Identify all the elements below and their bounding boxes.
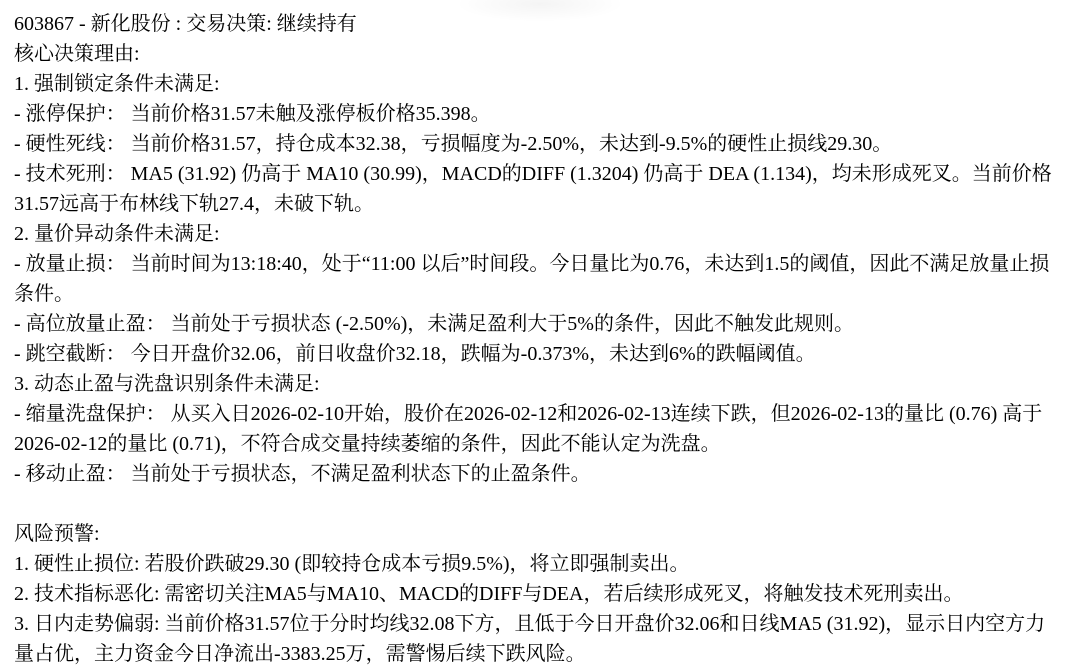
bullet-trailing-take-profit: - 移动止盈： 当前处于亏损状态，不满足盈利状态下的止盈条件。 <box>14 459 1064 489</box>
risk-item-intraday-weakness: 3. 日内走势偏弱: 当前价格31.57位于分时均线32.08下方，且低于今日开… <box>14 609 1064 669</box>
section-3-heading: 3. 动态止盈与洗盘识别条件未满足: <box>14 369 1064 399</box>
bullet-hard-deadline: - 硬性死线： 当前价格31.57，持仓成本32.38，亏损幅度为-2.50%，… <box>14 129 1064 159</box>
core-reasons-heading: 核心决策理由: <box>14 39 1064 69</box>
document-title: 603867 - 新化股份 : 交易决策: 继续持有 <box>14 9 1064 39</box>
risk-item-hard-stop-level: 1. 硬性止损位: 若股价跌破29.30 (即较持仓成本亏损9.5%)，将立即强… <box>14 549 1064 579</box>
risk-warning-heading: 风险预警: <box>14 519 1064 549</box>
section-2-heading: 2. 量价异动条件未满足: <box>14 219 1064 249</box>
risk-item-technical-deterioration: 2. 技术指标恶化: 需密切关注MA5与MA10、MACD的DIFF与DEA，若… <box>14 579 1064 609</box>
bullet-limit-up-protection: - 涨停保护： 当前价格31.57未触及涨停板价格35.398。 <box>14 99 1064 129</box>
bullet-shrink-volume-washout-protection: - 缩量洗盘保护： 从买入日2026-02-10开始，股价在2026-02-12… <box>14 399 1064 459</box>
bullet-technical-death-sentence: - 技术死刑： MA5 (31.92) 仍高于 MA10 (30.99)，MAC… <box>14 159 1064 219</box>
trade-decision-document: 603867 - 新化股份 : 交易决策: 继续持有 核心决策理由: 1. 强制… <box>0 0 1080 670</box>
bullet-gap-cutoff: - 跳空截断： 今日开盘价32.06，前日收盘价32.18，跌幅为-0.373%… <box>14 339 1064 369</box>
section-1-heading: 1. 强制锁定条件未满足: <box>14 69 1064 99</box>
bullet-high-volume-take-profit: - 高位放量止盈： 当前处于亏损状态 (-2.50%)，未满足盈利大于5%的条件… <box>14 309 1064 339</box>
bullet-volume-stop-loss: - 放量止损： 当前时间为13:18:40，处于“11:00 以后”时间段。今日… <box>14 249 1064 309</box>
